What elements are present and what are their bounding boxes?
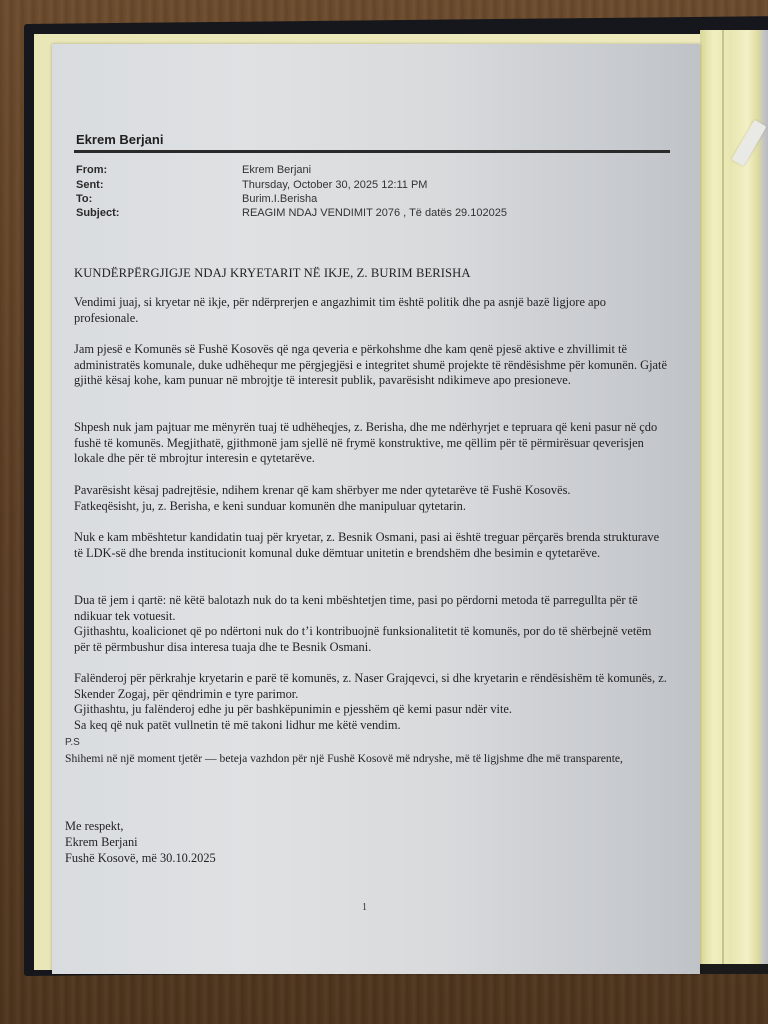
paragraph-line: Gjithashtu, ju falënderoj edhe ju për ba… — [74, 702, 670, 718]
paragraph-line: Nuk e kam mbështetur kandidatin tuaj për… — [74, 530, 670, 561]
page-number: 1 — [362, 902, 367, 913]
header-value: REAGIM NDAJ VENDIMIT 2076 , Të datës 29.… — [242, 207, 507, 219]
ps-text: Shihemi në një moment tjetër — beteja va… — [65, 752, 623, 765]
printed-email-page: Ekrem Berjani From: Ekrem Berjani Sent: … — [52, 44, 700, 974]
header-divider — [74, 150, 670, 153]
letter-heading: KUNDËRPËRGJIGJE NDAJ KRYETARIT NË IKJE, … — [74, 266, 670, 282]
paragraph-1: Vendimi juaj, si kryetar në ikje, për nd… — [74, 295, 670, 326]
ps-label: P.S — [65, 737, 80, 748]
paragraph-line: Fatkeqësisht, ju, z. Berisha, e keni sun… — [74, 499, 670, 515]
paragraph-line: Dua të jem i qartë: në këtë balotazh nuk… — [74, 593, 670, 624]
paragraph-7: Falënderoj për përkrahje kryetarin e par… — [74, 671, 670, 733]
email-sender-title: Ekrem Berjani — [76, 132, 163, 147]
paragraph-line: Pavarësisht kësaj padrejtësie, ndihem kr… — [74, 483, 670, 499]
header-value: Thursday, October 30, 2025 12:11 PM — [242, 179, 427, 191]
header-label: To: — [76, 193, 196, 205]
header-label: From: — [76, 164, 196, 176]
header-value: Burim.I.Berisha — [242, 193, 317, 205]
place-date: Fushë Kosovë, më 30.10.2025 — [65, 850, 216, 866]
header-value: Ekrem Berjani — [242, 164, 311, 176]
paragraph-line: Sa keq që nuk patët vullnetin të më tako… — [74, 718, 670, 734]
paragraph-line: Gjithashtu, koalicionet që po ndërtoni n… — [74, 624, 670, 655]
paragraph-line: Jam pjesë e Komunës së Fushë Kosovës që … — [74, 342, 670, 389]
header-label: Sent: — [76, 179, 196, 191]
paragraph-2: Jam pjesë e Komunës së Fushë Kosovës që … — [74, 342, 670, 389]
folder-crease — [722, 30, 724, 970]
paragraph-line: Shpesh nuk jam pajtuar me mënyrën tuaj t… — [74, 420, 670, 467]
closing: Me respekt, — [65, 818, 216, 834]
paragraph-3: Shpesh nuk jam pajtuar me mënyrën tuaj t… — [74, 420, 670, 467]
yellow-folder-edge — [700, 30, 768, 970]
signature-block: Me respekt, Ekrem Berjani Fushë Kosovë, … — [65, 818, 216, 866]
header-label: Subject: — [76, 207, 196, 219]
paragraph-6: Dua të jem i qartë: në këtë balotazh nuk… — [74, 593, 670, 655]
signature-name: Ekrem Berjani — [65, 834, 216, 850]
paragraph-5: Nuk e kam mbështetur kandidatin tuaj për… — [74, 530, 670, 561]
paragraph-4: Pavarësisht kësaj padrejtësie, ndihem kr… — [74, 483, 670, 514]
folder-bottom-edge — [700, 964, 768, 974]
paragraph-line: Vendimi juaj, si kryetar në ikje, për nd… — [74, 295, 670, 326]
paragraph-line: Falënderoj për përkrahje kryetarin e par… — [74, 671, 670, 702]
